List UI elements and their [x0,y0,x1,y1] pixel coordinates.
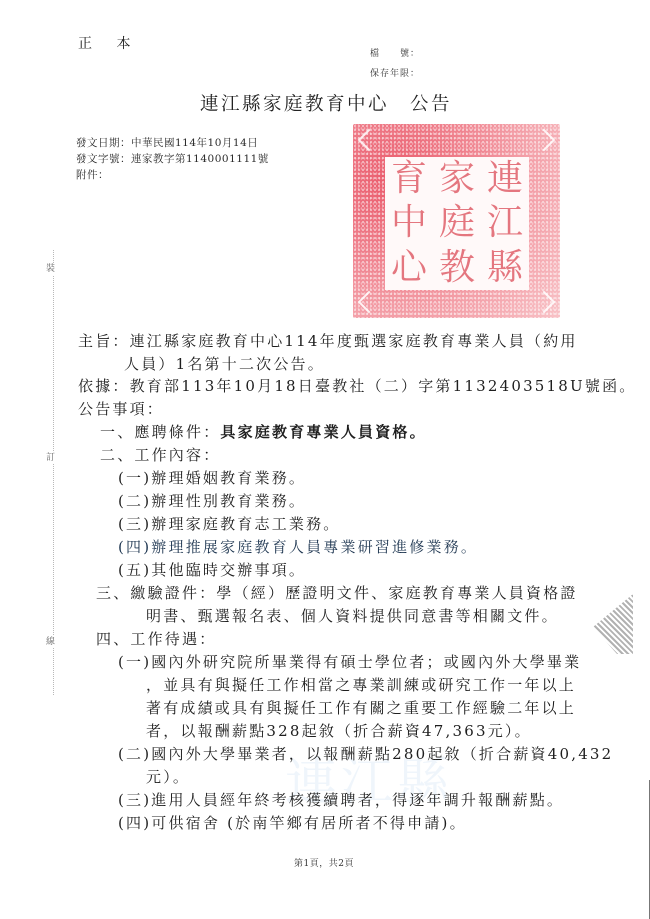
item1-value: 具家庭教育專業人員資格。 [220,423,426,441]
item3-line-2: 明書、甄選報名表、個人資料提供同意書等相關文件。 [146,605,559,626]
file-number-label: 檔 號： [370,46,420,59]
seal-text-area: 連 江 縣 家 庭 教 育 中 心 [385,157,529,290]
seal-corner-decoration [533,129,556,152]
item1-label: 一、應聘條件： [100,423,220,441]
seal-char: 中 [385,201,433,245]
copy-mark: 正 本 [78,33,140,53]
item2-subitem: (五)其他臨時交辦事項。 [118,559,306,580]
announcement-heading: 公告事項： [78,398,164,419]
issue-doc-number: 發文字號：連家教字第1140001111號 [76,151,269,166]
subject-line-2: 人員）1名第十二次公告。 [124,353,325,374]
binding-line-divider [53,250,54,695]
seal-char: 心 [385,246,433,290]
binding-mark-ding: 訂 [46,452,55,464]
item4-sub2-line: 元）。 [146,766,190,787]
item2-subitem: (一)辦理婚姻教育業務。 [118,467,306,488]
seal-char: 育 [385,157,433,201]
item2-label: 二、工作內容： [100,444,220,465]
seal-char: 家 [433,157,481,201]
item1: 一、應聘條件：具家庭教育專業人員資格。 [100,421,427,442]
seal-char: 連 [481,157,529,201]
attachment-label: 附件： [76,167,109,182]
item2-subitem: (三)辦理家庭教育志工業務。 [118,513,341,534]
item2-subitem: (四)辦理推展家庭教育人員專業研習進修業務。 [118,536,478,557]
seal-char: 教 [433,246,481,290]
document-title: 連江縣家庭教育中心 公告 [200,90,452,116]
item4-sub3: (三)進用人員經年終考核獲續聘者，得逐年調升報酬薪點。 [118,789,564,810]
item4-sub1-line: 著有成績或具有與擬任工作有關之重要工作經驗二年以上 [146,697,576,718]
seal-corner-decoration [358,129,381,152]
item4-sub1-line: ，並具有與擬任工作相當之專業訓練或研究工作一年以上 [146,674,576,695]
subject-line-1: 主旨：連江縣家庭教育中心114年度甄選家庭教育專業人員（約用 [78,330,578,351]
item4-sub1-line: (一)國內外研究院所畢業得有碩士學位者；或國內外大學畢業 [118,651,581,672]
item4-label: 四、工作待遇： [96,628,216,649]
item4-sub4: (四)可供宿舍 (於南竿鄉有居所者不得申請)。 [118,812,467,833]
basis-line: 依據：教育部113年10月18日臺教社（二）字第1132403518U號函。 [78,375,636,396]
item4-sub1-line: 者，以報酬薪點328起敘（折合薪資47,363元）。 [146,720,532,741]
seal-corner-decoration [358,291,381,314]
seal-corner-decoration [533,291,556,314]
retention-label: 保存年限： [370,66,420,79]
page-indicator: 第1頁，共2頁 [294,856,354,869]
item4-sub2-line: (二)國內外大學畢業者，以報酬薪點280起敘（折合薪資40,432 [118,743,613,764]
issue-date: 發文日期：中華民國114年10月14日 [76,135,258,150]
item2-subitem: (二)辦理性別教育業務。 [118,490,306,511]
official-seal-stamp: 連 江 縣 家 庭 教 育 中 心 [353,124,560,318]
binding-mark-zhuang: 裝 [46,263,55,275]
paging-seal-fragment [593,594,633,654]
seal-char: 庭 [433,201,481,245]
binding-mark-xian: 線 [46,636,55,648]
seal-char: 縣 [481,246,529,290]
item3-line-1: 三、繳驗證件：學（經）歷證明文件、家庭教育專業人員資格證 [96,582,578,603]
seal-char: 江 [481,201,529,245]
